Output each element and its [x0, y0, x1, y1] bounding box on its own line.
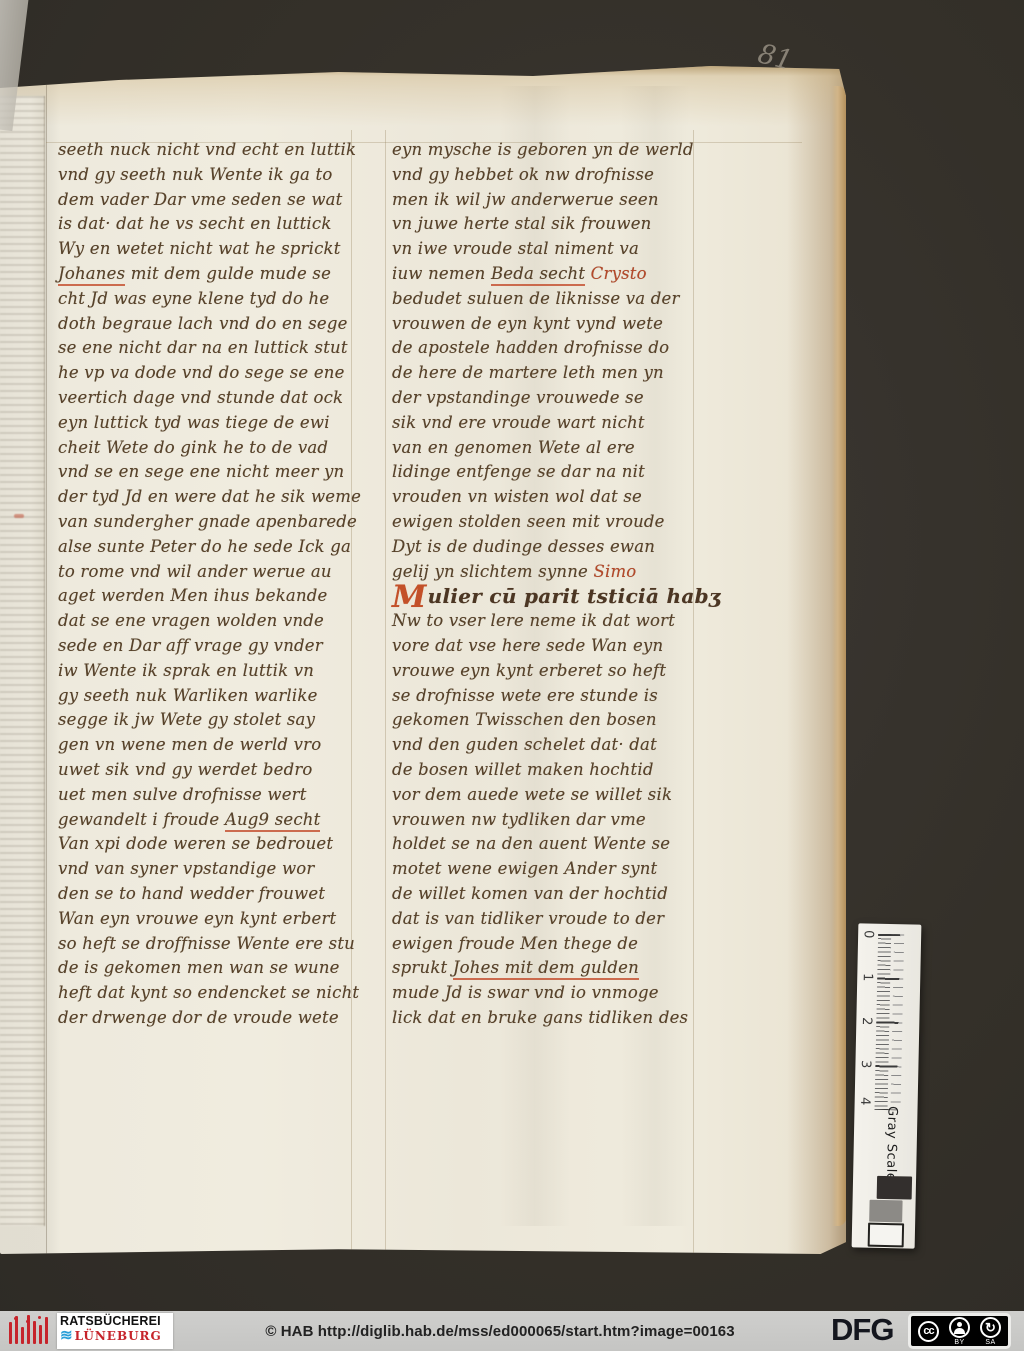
- manuscript-line: vrouwen de eyn kynt vynd wete: [392, 312, 714, 337]
- cc-icon: cc: [918, 1321, 939, 1342]
- manuscript-line: men ik wil jw anderwerue seen: [392, 188, 714, 213]
- ruler-tick-label: 1: [860, 973, 875, 987]
- previous-page-showthrough: [0, 96, 45, 1226]
- manuscript-line-rubricated: Johanes mit dem gulde mude se: [58, 262, 380, 287]
- manuscript-line-rubricated: sprukt Johes mit dem gulden: [392, 956, 714, 981]
- manuscript-line: lidinge entfenge se dar na nit: [392, 460, 714, 485]
- manuscript-line: vn iwe vroude stal niment va: [392, 237, 714, 262]
- manuscript-line: uet men sulve drofnisse wert: [58, 783, 380, 808]
- manuscript-line: vnd gy seeth nuk Wente ik ga to: [58, 163, 380, 188]
- manuscript-line: lick dat en bruke gans tidliken des: [392, 1006, 714, 1031]
- manuscript-line: der vpstandinge vrouwede se: [392, 386, 714, 411]
- manuscript-line: heft dat kynt so endencket se nicht: [58, 981, 380, 1006]
- manuscript-line: vnd gy hebbet ok nw drofnisse: [392, 163, 714, 188]
- manuscript-line: Wan eyn vrouwe eyn kynt erbert: [58, 907, 380, 932]
- gray-patch-dark: [877, 1176, 912, 1200]
- manuscript-line: bedudet suluen de liknisse va der: [392, 287, 714, 312]
- line-text: gewandelt i froude: [58, 810, 225, 829]
- manuscript-line: eyn mysche is geboren yn de werld: [392, 138, 714, 163]
- manuscript-line: iw Wente ik sprak en luttik vn: [58, 659, 380, 684]
- ruler-tick-label: 4: [857, 1097, 872, 1111]
- manuscript-line: so heft se droffnisse Wente ere stu: [58, 932, 380, 957]
- manuscript-line: de bosen willet maken hochtid: [392, 758, 714, 783]
- manuscript-line-rubricated: gelij yn slichtem synne Simo: [392, 560, 714, 585]
- manuscript-line: mude Jd is swar vnd io vnmoge: [392, 981, 714, 1006]
- manuscript-line: vrouden vn wisten wol dat se: [392, 485, 714, 510]
- manuscript-line: vor dem auede wete se willet sik: [392, 783, 714, 808]
- manuscript-line: de willet komen van der hochtid: [392, 882, 714, 907]
- manuscript-line: seeth nuck nicht vnd echt en luttik: [58, 138, 380, 163]
- manuscript-line: Van xpi dode weren se bedrouet: [58, 832, 380, 857]
- manuscript-line: is dat· dat he vs secht en luttick: [58, 212, 380, 237]
- manuscript-line: der drwenge dor de vroude wete: [58, 1006, 380, 1031]
- manuscript-line: veertich dage vnd stunde dat ock: [58, 386, 380, 411]
- manuscript-line: dem vader Dar vme seden se wat: [58, 188, 380, 213]
- line-text: gelij yn slichtem synne: [392, 562, 593, 581]
- manuscript-line: cht Jd was eyne klene tyd do he: [58, 287, 380, 312]
- manuscript-line: dat se ene vragen wolden vnde: [58, 609, 380, 634]
- manuscript-line: Nw to vser lere neme ik dat wort: [392, 609, 714, 634]
- manuscript-line: de apostele hadden drofnisse do: [392, 336, 714, 361]
- manuscript-line-rubricated: gewandelt i froude Aug9 secht: [58, 808, 380, 833]
- ruler-major-ticks: [874, 934, 900, 1110]
- page-fore-edge: [832, 86, 846, 1226]
- manuscript-line: vn juwe herte stal sik frouwen: [392, 212, 714, 237]
- manuscript-rubric-heading: Mulier cū parit tsticiā habʒ: [392, 584, 714, 609]
- manuscript-line: alse sunte Peter do he sede Ick ga: [58, 535, 380, 560]
- cc-text: cc: [923, 1326, 933, 1336]
- manuscript-line: gekomen Twisschen den bosen: [392, 708, 714, 733]
- digitized-manuscript-viewer: seeth nuck nicht vnd echt en luttik vnd …: [0, 0, 1024, 1351]
- footer-bar: RATSBÜCHEREI ≋ LÜNEBURG © HAB http://dig…: [0, 1311, 1024, 1351]
- manuscript-line: holdet se na den auent Wente se: [392, 832, 714, 857]
- red-underlined-phrase: Beda secht: [491, 264, 585, 286]
- manuscript-line: cheit Wete do gink he to de vad: [58, 436, 380, 461]
- manuscript-line: gen vn wene men de werld vro: [58, 733, 380, 758]
- manuscript-line: ewigen froude Men thege de: [392, 932, 714, 957]
- manuscript-line: eyn luttick tyd was tiege de ewi: [58, 411, 380, 436]
- manuscript-line: vnd den guden schelet dat· dat: [392, 733, 714, 758]
- grayscale-label: Gray Scale: [883, 1106, 900, 1181]
- cc-sa-arrow-icon: ↻: [980, 1317, 1001, 1338]
- rubric-word: Simo: [593, 562, 636, 581]
- manuscript-line: vrouwe eyn kynt erberet so heft: [392, 659, 714, 684]
- ruler-tick-label: 2: [859, 1017, 874, 1031]
- manuscript-line: se drofnisse wete ere stunde is: [392, 684, 714, 709]
- ruling-line: [385, 130, 386, 1256]
- manuscript-line: der tyd Jd en were dat he sik weme: [58, 485, 380, 510]
- manuscript-page: seeth nuck nicht vnd echt en luttik vnd …: [0, 66, 846, 1254]
- heading-text: ulier cū parit tsticiā habʒ: [428, 584, 721, 608]
- ruler-tick-label: 3: [858, 1060, 873, 1074]
- copyright-url-text: © HAB http://diglib.hab.de/mss/ed000065/…: [0, 1311, 820, 1351]
- red-underlined-phrase: Johes mit dem gulden: [453, 958, 639, 980]
- manuscript-line: sede en Dar aff vrage gy vnder: [58, 634, 380, 659]
- manuscript-line: to rome vnd wil ander werue au: [58, 560, 380, 585]
- gutter-red-mark: [14, 514, 24, 518]
- manuscript-line: segge ik jw Wete gy stolet say: [58, 708, 380, 733]
- manuscript-line: doth begraue lach vnd do en sege: [58, 312, 380, 337]
- cc-by-label: BY: [954, 1339, 964, 1346]
- cc-license-badge: cc BY ↻ SA: [908, 1313, 1011, 1349]
- manuscript-line: dat is van tidliker vroude to der: [392, 907, 714, 932]
- manuscript-line: de here de martere leth men yn: [392, 361, 714, 386]
- manuscript-line: ewigen stolden seen mit vroude: [392, 510, 714, 535]
- manuscript-line: gy seeth nuk Warliken warlike: [58, 684, 380, 709]
- manuscript-line: he vp va dode vnd do sege se ene: [58, 361, 380, 386]
- manuscript-column-2: eyn mysche is geboren yn de werld vnd gy…: [392, 138, 714, 1031]
- cc-by-person-icon: [949, 1317, 970, 1338]
- manuscript-line: van sundergher gnade apenbarede: [58, 510, 380, 535]
- manuscript-line: uwet sik vnd gy werdet bedro: [58, 758, 380, 783]
- manuscript-line: de is gekomen men wan se wune: [58, 956, 380, 981]
- dfg-logo: DFG: [831, 1312, 893, 1348]
- ruler-tick-label: 0: [860, 930, 875, 944]
- manuscript-line: vnd van syner vpstandige wor: [58, 857, 380, 882]
- line-text: mit dem gulde mude se: [125, 264, 331, 283]
- line-text: sprukt: [392, 958, 453, 977]
- manuscript-line: Wy en wetet nicht wat he sprickt: [58, 237, 380, 262]
- manuscript-line: van en genomen Wete al ere: [392, 436, 714, 461]
- manuscript-line: aget werden Men ihus bekande: [58, 584, 380, 609]
- grayscale-reference-card: 0 1 2 3 4 Gray Scale: [852, 923, 922, 1248]
- manuscript-line: motet wene ewigen Ander synt: [392, 857, 714, 882]
- gray-patch-white: [868, 1223, 904, 1248]
- manuscript-line: vore dat vse here sede Wan eyn: [392, 634, 714, 659]
- manuscript-line: vrouwen nw tydliken dar vme: [392, 808, 714, 833]
- red-underlined-word: Aug9 secht: [225, 810, 321, 832]
- sa-arrow-glyph: ↻: [985, 1321, 996, 1334]
- rubric-word: Crysto: [591, 264, 647, 283]
- manuscript-line-rubricated: iuw nemen Beda secht Crysto: [392, 262, 714, 287]
- gray-patch-mid: [869, 1200, 902, 1223]
- gutter-line: [46, 66, 47, 1254]
- manuscript-line: den se to hand wedder frouwet: [58, 882, 380, 907]
- manuscript-line: sik vnd ere vroude wart nicht: [392, 411, 714, 436]
- line-text: iuw nemen: [392, 264, 491, 283]
- manuscript-line: se ene nicht dar na en luttick stut: [58, 336, 380, 361]
- manuscript-line: Dyt is de dudinge desses ewan: [392, 535, 714, 560]
- red-underlined-word: Johanes: [58, 264, 125, 286]
- manuscript-column-1: seeth nuck nicht vnd echt en luttik vnd …: [58, 138, 380, 1031]
- manuscript-line: vnd se en sege ene nicht meer yn: [58, 460, 380, 485]
- cc-sa-label: SA: [985, 1339, 995, 1346]
- page-top-stain: [0, 66, 846, 76]
